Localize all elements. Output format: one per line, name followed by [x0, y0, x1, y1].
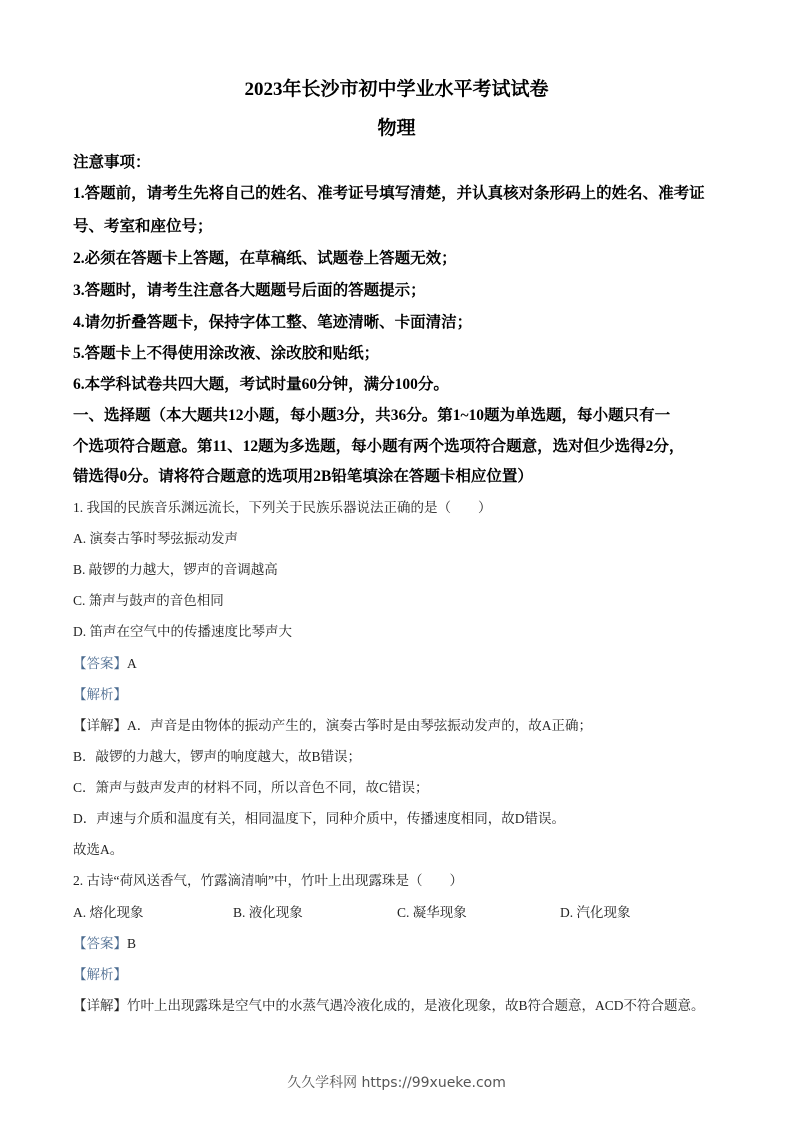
question-1-detail: 【详解】A．声音是由物体的振动产生的，演奏古筝时是由琴弦振动发声的，故A正确；: [73, 714, 592, 734]
exam-page: 2023年长沙市初中学业水平考试试卷 物理 注意事项： 1.答题前，请考生先将自…: [0, 0, 793, 1122]
question-1-option-d: D. 笛声在空气中的传播速度比琴声大: [73, 620, 292, 640]
notice-item: 4.请勿折叠答题卡，保持字体工整、笔迹清晰、卡面清洁；: [73, 310, 472, 332]
question-2-option-a: A. 熔化现象: [73, 901, 144, 921]
question-1-detail: B．敲锣的力越大，锣声的响度越大，故B错误；: [73, 745, 361, 765]
subject-title: 物理: [0, 113, 793, 140]
notice-heading: 注意事项：: [73, 150, 151, 172]
question-2-option-c: C. 凝华现象: [397, 901, 467, 921]
question-1-answer: 【答案】A: [73, 652, 137, 672]
answer-tag: 【答案】: [73, 656, 127, 671]
answer-value: A: [127, 656, 137, 671]
answer-value: B: [127, 936, 136, 951]
notice-item: 1.答题前，请考生先将自己的姓名、准考证号填写清楚，并认真核对条形码上的姓名、准…: [73, 181, 705, 203]
question-2-analysis-tag: 【解析】: [73, 963, 127, 983]
answer-tag: 【答案】: [73, 936, 127, 951]
exam-title: 2023年长沙市初中学业水平考试试卷: [0, 74, 793, 101]
question-2-option-b: B. 液化现象: [233, 901, 303, 921]
site-watermark: 久久学科网 https://99xueke.com: [0, 1072, 793, 1092]
section-instructions: 个选项符合题意。第11、12题为多选题，每小题有两个选项符合题意，选对但少选得2…: [73, 434, 684, 456]
notice-item: 6.本学科试卷共四大题，考试时量60分钟，满分100分。: [73, 372, 449, 394]
question-1-option-c: C. 箫声与鼓声的音色相同: [73, 589, 224, 609]
question-1-detail: D．声速与介质和温度有关，相同温度下，同种介质中，传播速度相同，故D错误。: [73, 807, 565, 827]
question-1-stem: 1. 我国的民族音乐渊远流长，下列关于民族乐器说法正确的是（ ）: [73, 496, 492, 516]
notice-item: 号、考室和座位号；: [73, 214, 213, 236]
question-1-detail: C．箫声与鼓声发声的材料不同，所以音色不同，故C错误；: [73, 776, 429, 796]
notice-item: 3.答题时，请考生注意各大题题号后面的答题提示；: [73, 278, 426, 300]
notice-item: 5.答题卡上不得使用涂改液、涂改胶和贴纸；: [73, 341, 379, 363]
question-2-answer: 【答案】B: [73, 932, 136, 952]
section-instructions: 一、选择题（本大题共12小题，每小题3分，共36分。第1~10题为单选题，每小题…: [73, 403, 670, 425]
section-instructions: 错选得0分。请将符合题意的选项用2B铅笔填涂在答题卡相应位置）: [73, 464, 533, 486]
question-1-option-b: B. 敲锣的力越大，锣声的音调越高: [73, 558, 278, 578]
notice-item: 2.必须在答题卡上答题，在草稿纸、试题卷上答题无效；: [73, 246, 457, 268]
question-1-analysis-tag: 【解析】: [73, 683, 127, 703]
question-2-option-d: D. 汽化现象: [560, 901, 631, 921]
question-1-option-a: A. 演奏古筝时琴弦振动发声: [73, 527, 238, 547]
question-2-detail: 【详解】竹叶上出现露珠是空气中的水蒸气遇冷液化成的，是液化现象，故B符合题意，A…: [73, 994, 705, 1014]
question-2-stem: 2. 古诗“荷风送香气，竹露滴清响”中，竹叶上出现露珠是（ ）: [73, 869, 463, 889]
question-1-conclusion: 故选A。: [73, 838, 123, 858]
